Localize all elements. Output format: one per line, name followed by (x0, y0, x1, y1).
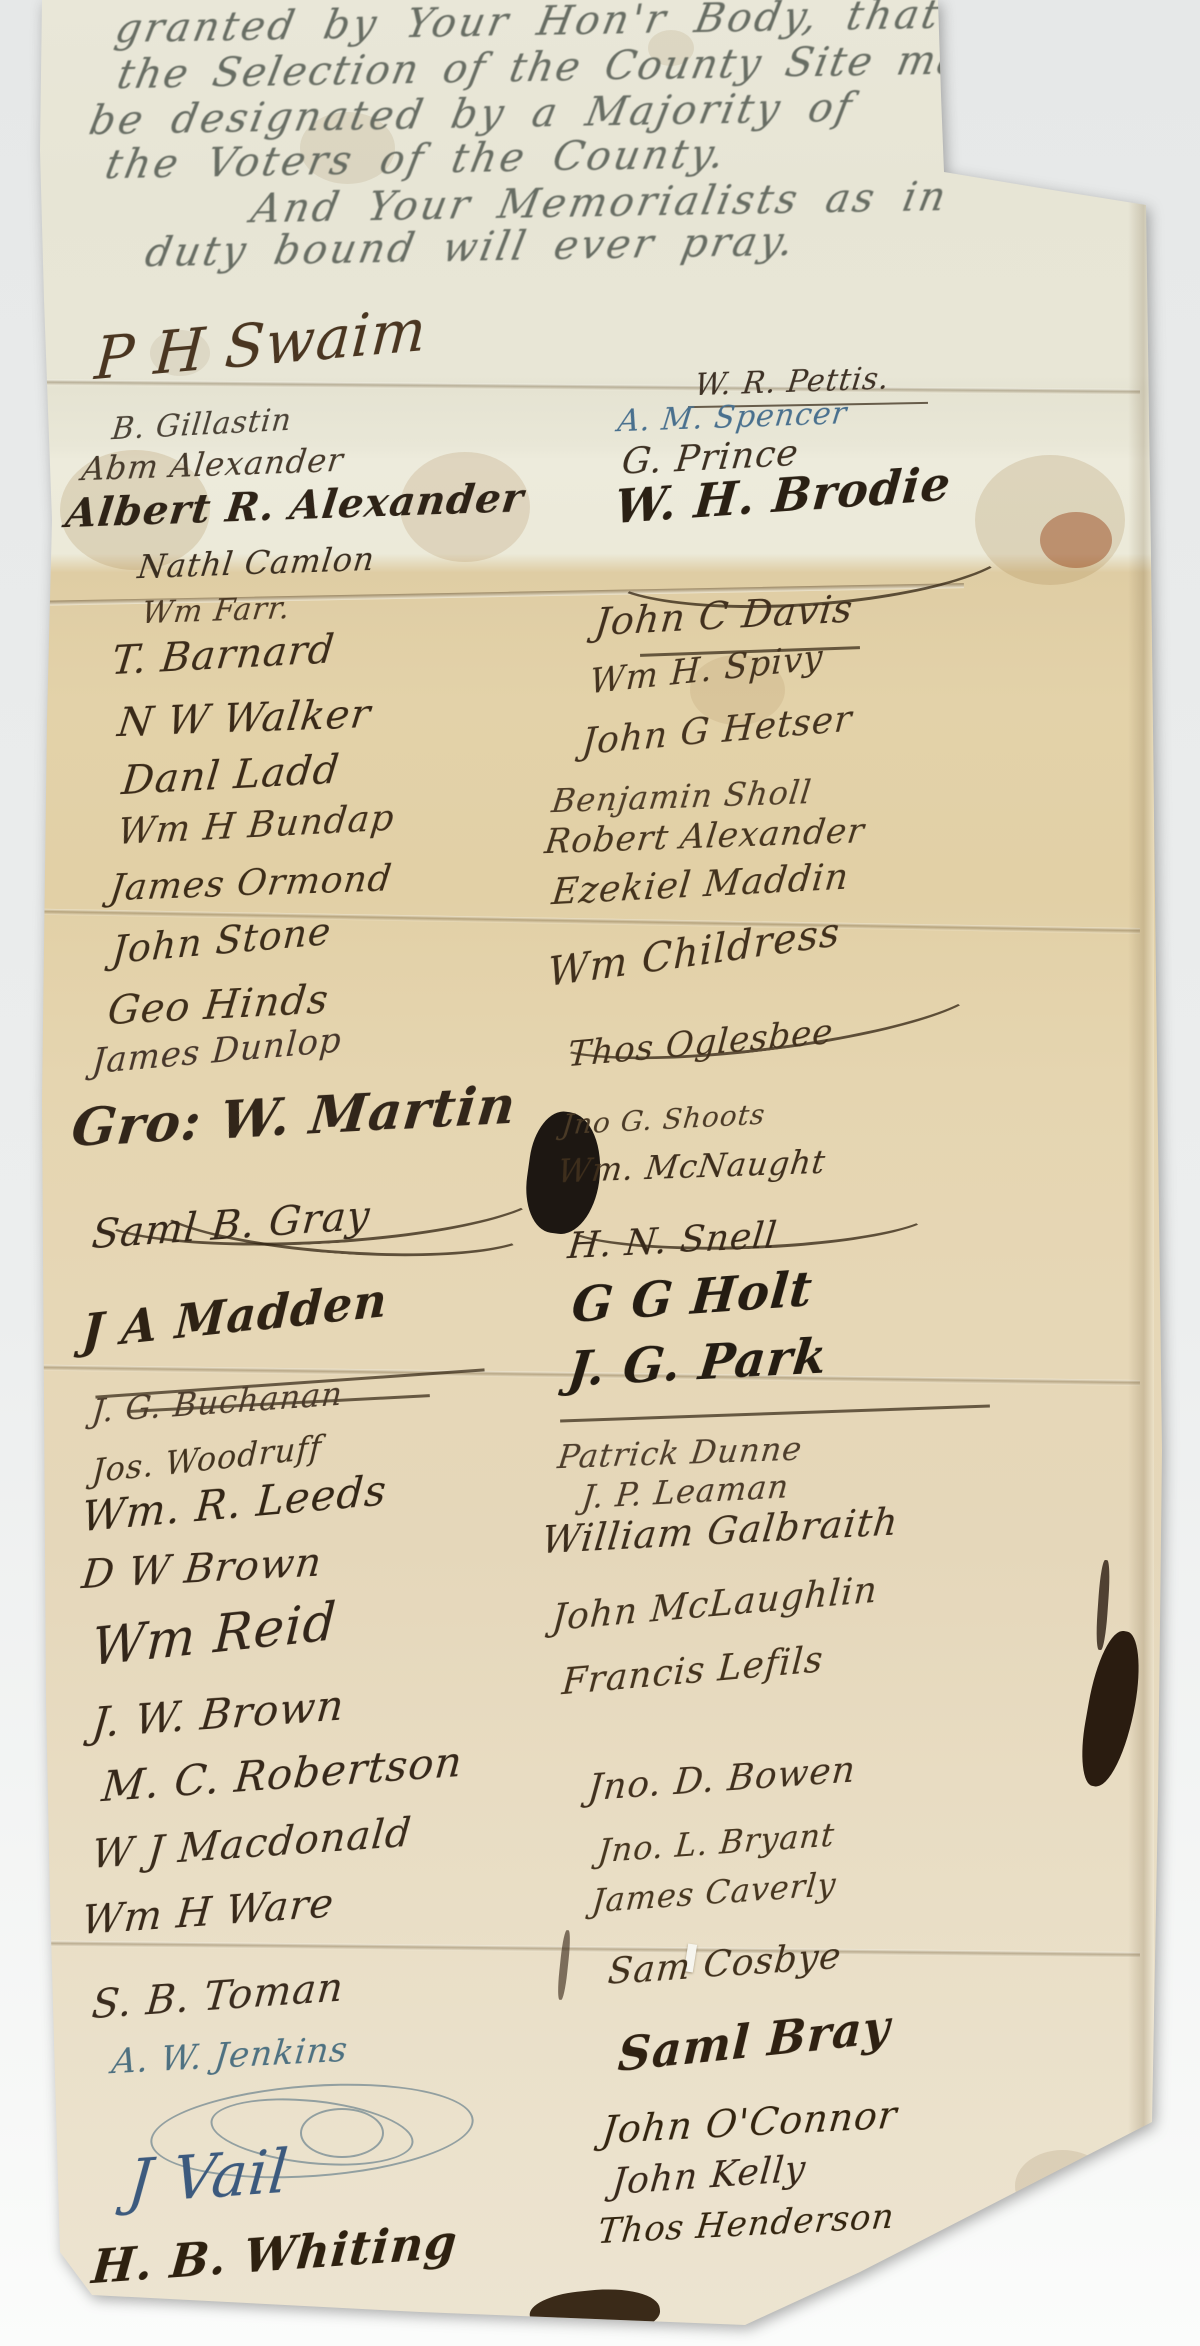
scanned-petition-page: granted by Your Hon'r Body, thatthe Sele… (0, 0, 1200, 2346)
signature: A. W. Jenkins (110, 2029, 350, 2082)
signature: Wm Farr. (140, 591, 293, 631)
signature: A. M. Spencer (616, 396, 849, 439)
signature: Nathl Camlon (136, 540, 378, 586)
signature: James Ormond (107, 858, 394, 909)
signature: B. Gillastin (110, 402, 294, 447)
signature: G G Holt (570, 1261, 816, 1334)
signature: S. B. Toman (90, 1964, 346, 2028)
signature: W J Macdonald (90, 1809, 414, 1878)
signature: Ezekiel Maddin (550, 856, 851, 913)
signature: P H Swaim (93, 296, 430, 394)
signature: H. B. Whiting (90, 2214, 460, 2294)
signature: James Caverly (590, 1865, 838, 1920)
signature: J. G. Buchanan (90, 1374, 344, 1430)
signature: John Kelly (610, 2148, 808, 2203)
signature: J Vail (125, 2136, 292, 2218)
signature: D W Brown (80, 1539, 325, 1598)
handwriting-layer: granted by Your Hon'r Body, thatthe Sele… (0, 0, 1200, 2346)
signature: Sam Cosbye (606, 1935, 843, 1993)
signature: Danl Ladd (120, 746, 342, 804)
signature: J. G. Park (565, 1328, 830, 1398)
signature: T. Barnard (110, 626, 338, 684)
signature: Wm H Ware (80, 1880, 336, 1944)
signature: J. W. Brown (90, 1680, 347, 1747)
signature: John G Hetser (581, 698, 854, 763)
signature: Wm H Bundap (116, 797, 397, 853)
signature: Wm H. Spivy (589, 637, 824, 702)
petition-document: granted by Your Hon'r Body, thatthe Sele… (0, 0, 1200, 2346)
signature: Thos Henderson (596, 2196, 897, 2252)
signature: Jno. L. Bryant (596, 1815, 836, 1870)
signature: John O'Connor (600, 2092, 900, 2152)
signature: Wm Reid (90, 1592, 338, 1678)
signature: John Stone (110, 909, 333, 973)
signature: Saml Bray (617, 1999, 892, 2082)
signature: Jno. D. Bowen (586, 1749, 857, 1809)
signature: W. R. Pettis. (693, 361, 892, 403)
signature: John C Davis (593, 586, 856, 644)
signature: Thos Oglesbee (567, 1012, 835, 1076)
signature: Jno G. Shoots (560, 1097, 767, 1141)
signature: H. N. Snell (566, 1215, 780, 1267)
signature: Wm. McNaught (556, 1143, 828, 1191)
signature: Saml B. Gray (90, 1192, 372, 1258)
signature: Gro: W. Martin (69, 1075, 519, 1160)
signature: Wm Childress (548, 909, 841, 997)
signature: N W Walker (115, 691, 373, 746)
signature: Francis Lefils (561, 1639, 825, 1703)
signature: M. C. Robertson (100, 1737, 465, 1812)
signature: John McLaughlin (551, 1569, 880, 1639)
petition-body-line: duty bound will ever pray. (142, 219, 801, 277)
signature: J A Madden (81, 1273, 389, 1360)
